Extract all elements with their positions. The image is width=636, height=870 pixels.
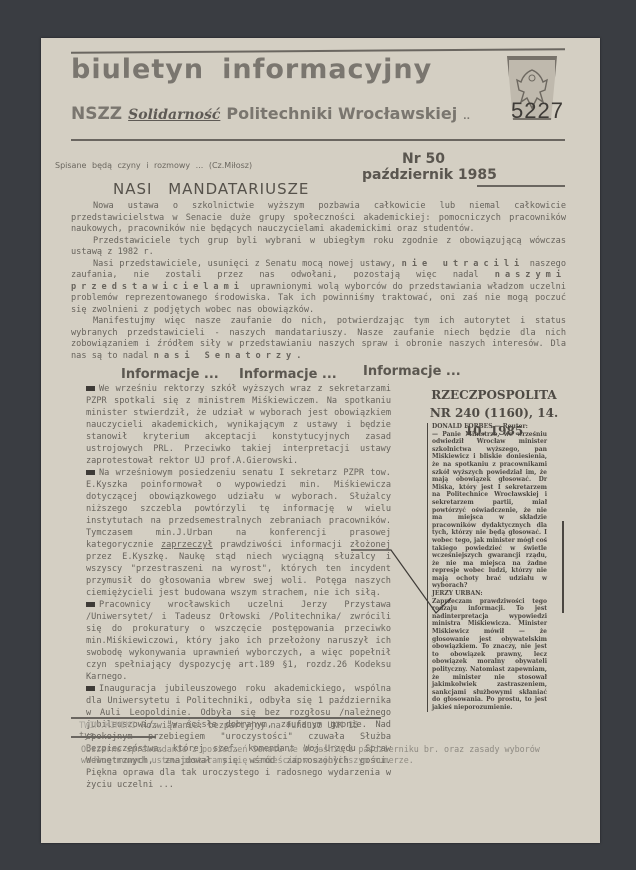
classified-ad: TWIM.KIMIMI Rozwiązanie: bezpartyjny na … xyxy=(79,721,379,741)
emphasis-text: nasi Senatorzy. xyxy=(154,351,307,361)
catalog-number: 5227 xyxy=(511,98,564,124)
info-item: Na wrześniowym posiedzeniu senatu I sekr… xyxy=(86,467,391,599)
clipping-paragraph: — Panie Ministrze, we wrześniu odwiedził… xyxy=(432,431,547,590)
paragraph: Przedstawiciele tych grup byli wybrani w… xyxy=(71,236,566,259)
clipping-paragraph: Zaprzeczam prawdziwości tego rodzaju inf… xyxy=(432,598,547,712)
paragraph: Manifestujmy więc nasze zaufanie do nich… xyxy=(71,316,566,362)
org-suffix-dots: .. xyxy=(463,112,470,122)
info-item: Pracownicy wrocławskich uczelni Jerzy Pr… xyxy=(86,599,391,683)
text-span: We wrześniu rektorzy szkół wyższych wraz… xyxy=(86,384,391,466)
bulletin-page: biuletyninformacyjny 5227 NSZZSolidarnoś… xyxy=(41,38,600,843)
bullet-icon xyxy=(86,470,95,475)
clipping-paragraph: JERZY URBAN: xyxy=(432,590,547,598)
top-rule xyxy=(71,48,565,53)
newspaper-clipping: DONALD FORBES — Reuter: — Panie Ministrz… xyxy=(427,423,547,712)
ad-top-rule xyxy=(71,717,381,719)
text-span: Na wrześniowym posiedzeniu senatu I sekr… xyxy=(86,468,391,550)
info-item: We wrześniu rektorzy szkół wyższych wraz… xyxy=(86,383,391,467)
text-span: Manifestujmy więc nasze zaufanie do nich… xyxy=(71,316,566,361)
header-bottom-rule xyxy=(71,139,565,141)
motto: Spisane będą czyny i rozmowy ... (Cz.Mił… xyxy=(55,161,252,170)
issue-underline xyxy=(477,185,565,187)
info-header-3: Informacje ... xyxy=(363,364,461,379)
emphasis-text: nie utracili xyxy=(402,259,525,269)
redacted-text: TWIM.KIMIMI xyxy=(79,721,136,731)
newspaper-name: RZECZPOSPOLITA xyxy=(419,386,569,404)
paragraph: Nasi przedstawiciele, usunięci z Senatu … xyxy=(71,259,566,317)
bulletin-title: biuletyninformacyjny xyxy=(71,54,432,85)
info-header-1: Informacje ... xyxy=(121,367,219,382)
clipping-paragraph: DONALD FORBES — Reuter: xyxy=(432,423,547,431)
footer-note: Obszerne sprawozdanie z posiedzeń Senatu… xyxy=(81,744,561,766)
issue-number: Nr 50 xyxy=(402,151,497,167)
clipping-sidebar-mark xyxy=(562,521,564,613)
underlined-word: zaprzeczył xyxy=(161,540,213,550)
issue-date: październik 1985 xyxy=(362,167,497,183)
bullet-icon xyxy=(86,602,95,607)
bullet-icon xyxy=(86,386,95,391)
title-word-informacyjny: informacyjny xyxy=(222,54,432,85)
text-span: Pracownicy wrocławskich uczelni Jerzy Pr… xyxy=(86,600,391,682)
info-header-2: Informacje ... xyxy=(239,367,337,382)
org-prefix: NSZZ xyxy=(71,104,122,124)
organization-line: NSZZSolidarnośćPolitechniki Wrocławskiej… xyxy=(71,104,470,124)
text-span: Nasi przedstawiciele, usunięci z Senatu … xyxy=(93,259,396,269)
bullet-icon xyxy=(86,686,95,691)
paragraph: Nowa ustawa o szkolnictwie wyższym pozba… xyxy=(71,201,566,236)
solidarnosc-logo: Solidarność xyxy=(128,107,220,123)
article-title: NASI MANDATARIUSZE xyxy=(113,180,309,198)
ad-bottom-rule xyxy=(71,736,156,738)
title-word-biuletyn: biuletyn xyxy=(71,54,204,85)
main-article-body: Nowa ustawa o szkolnictwie wyższym pozba… xyxy=(71,201,566,362)
org-suffix: Politechniki Wrocławskiej xyxy=(226,104,457,123)
issue-info: Nr 50 październik 1985 xyxy=(362,151,497,183)
